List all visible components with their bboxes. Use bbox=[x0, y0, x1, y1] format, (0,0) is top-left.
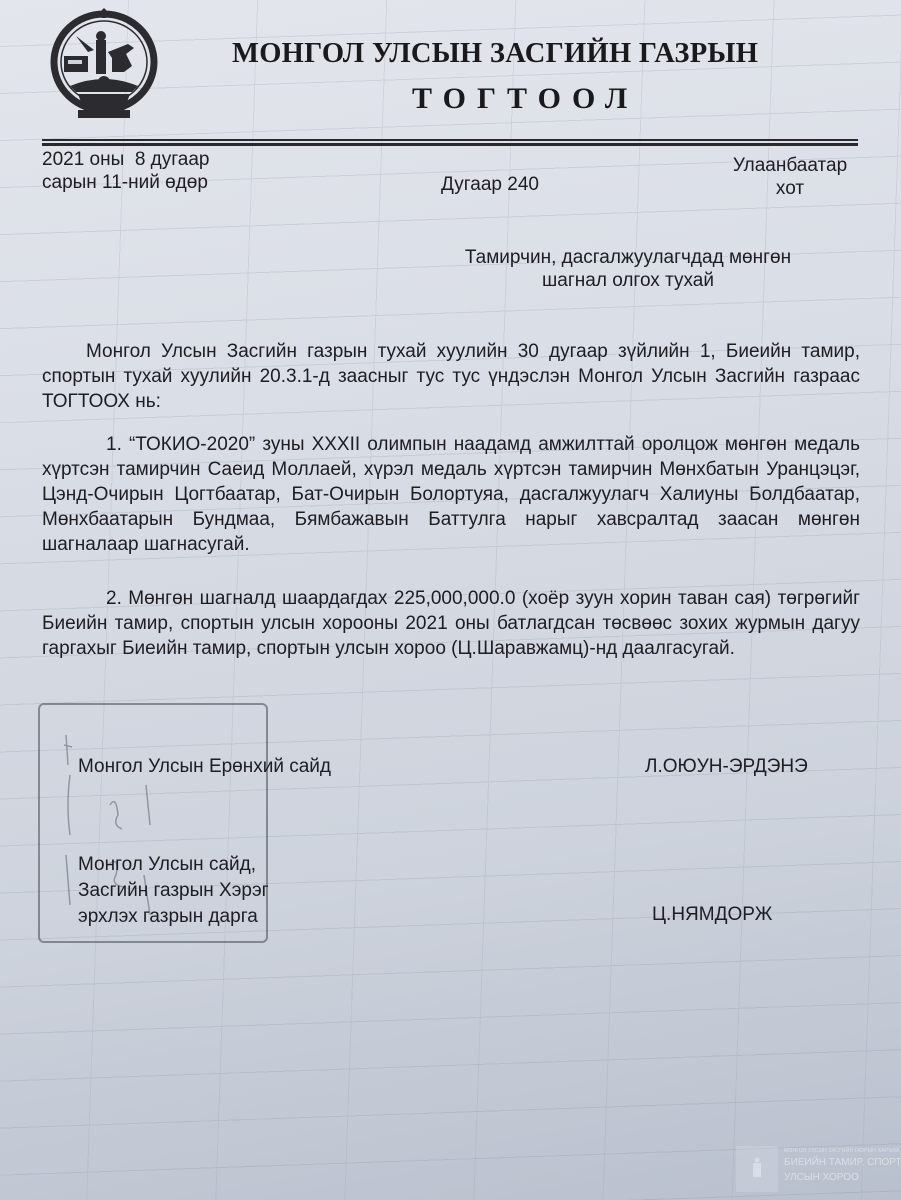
signatory-2-name: Ц.НЯМДОРЖ bbox=[652, 903, 772, 926]
watermark: МОНГОЛ УЛСЫН ЗАСГИЙН ГАЗРЫН ХАРЪЯА БИЕИЙ… bbox=[736, 1146, 901, 1192]
preamble-paragraph: Монгол Улсын Засгийн газрын тухай хуулий… bbox=[42, 339, 860, 414]
signatory-2-title-line-3: эрхлэх газрын дарга bbox=[78, 904, 269, 930]
sports-committee-logo-icon bbox=[736, 1146, 778, 1192]
signatory-2-title-line-2: Засгийн газрын Хэрэг bbox=[78, 878, 269, 904]
header-divider-thin bbox=[42, 139, 858, 141]
signatory-2-title-line-1: Монгол Улсын сайд, bbox=[78, 852, 269, 878]
subject-line-1: Тамирчин, дасгалжуулагчдад мөнгөн bbox=[430, 246, 826, 269]
place-line-2: хот bbox=[728, 177, 852, 200]
issuer-title: МОНГОЛ УЛСЫН ЗАСГИЙН ГАЗРЫН bbox=[232, 38, 758, 70]
document-place: Улаанбаатар хот bbox=[728, 154, 852, 200]
signatory-2-title: Монгол Улсын сайд, Засгийн газрын Хэрэг … bbox=[78, 852, 269, 930]
subject-line-2: шагнал олгох тухай bbox=[430, 269, 826, 292]
watermark-subtitle: МОНГОЛ УЛСЫН ЗАСГИЙН ГАЗРЫН ХАРЪЯА bbox=[784, 1148, 900, 1154]
date-line-2: сарын 11-ний өдөр bbox=[42, 171, 209, 194]
document-number: Дугаар 240 bbox=[441, 173, 539, 196]
signatory-1-name: Л.ОЮУН-ЭРДЭНЭ bbox=[645, 755, 808, 778]
watermark-line-1: БИЕИЙН ТАМИР, СПОРТЫН bbox=[784, 1157, 901, 1168]
watermark-line-2: УЛСЫН ХОРОО bbox=[784, 1172, 859, 1183]
document-date: 2021 оны 8 дугаар сарын 11-ний өдөр bbox=[42, 148, 209, 194]
document-subject: Тамирчин, дасгалжуулагчдад мөнгөн шагнал… bbox=[430, 246, 826, 292]
header-divider-thick bbox=[42, 143, 858, 146]
place-line-1: Улаанбаатар bbox=[728, 154, 852, 177]
resolution-document: МОНГОЛ УЛСЫН ЗАСГИЙН ГАЗРЫН ТОГТООЛ 2021… bbox=[0, 0, 901, 1200]
date-line-1: 2021 оны 8 дугаар bbox=[42, 148, 209, 171]
document-type-title: ТОГТООЛ bbox=[412, 82, 638, 116]
resolution-item-2: 2. Мөнгөн шагналд шаардагдах 225,000,000… bbox=[42, 586, 860, 661]
signatory-1-title: Монгол Улсын Ерөнхий сайд bbox=[78, 755, 331, 778]
resolution-item-1: 1. “ТОКИО-2020” зуны XXXII олимпын наада… bbox=[42, 432, 860, 557]
mongolia-state-emblem-icon bbox=[48, 6, 160, 124]
